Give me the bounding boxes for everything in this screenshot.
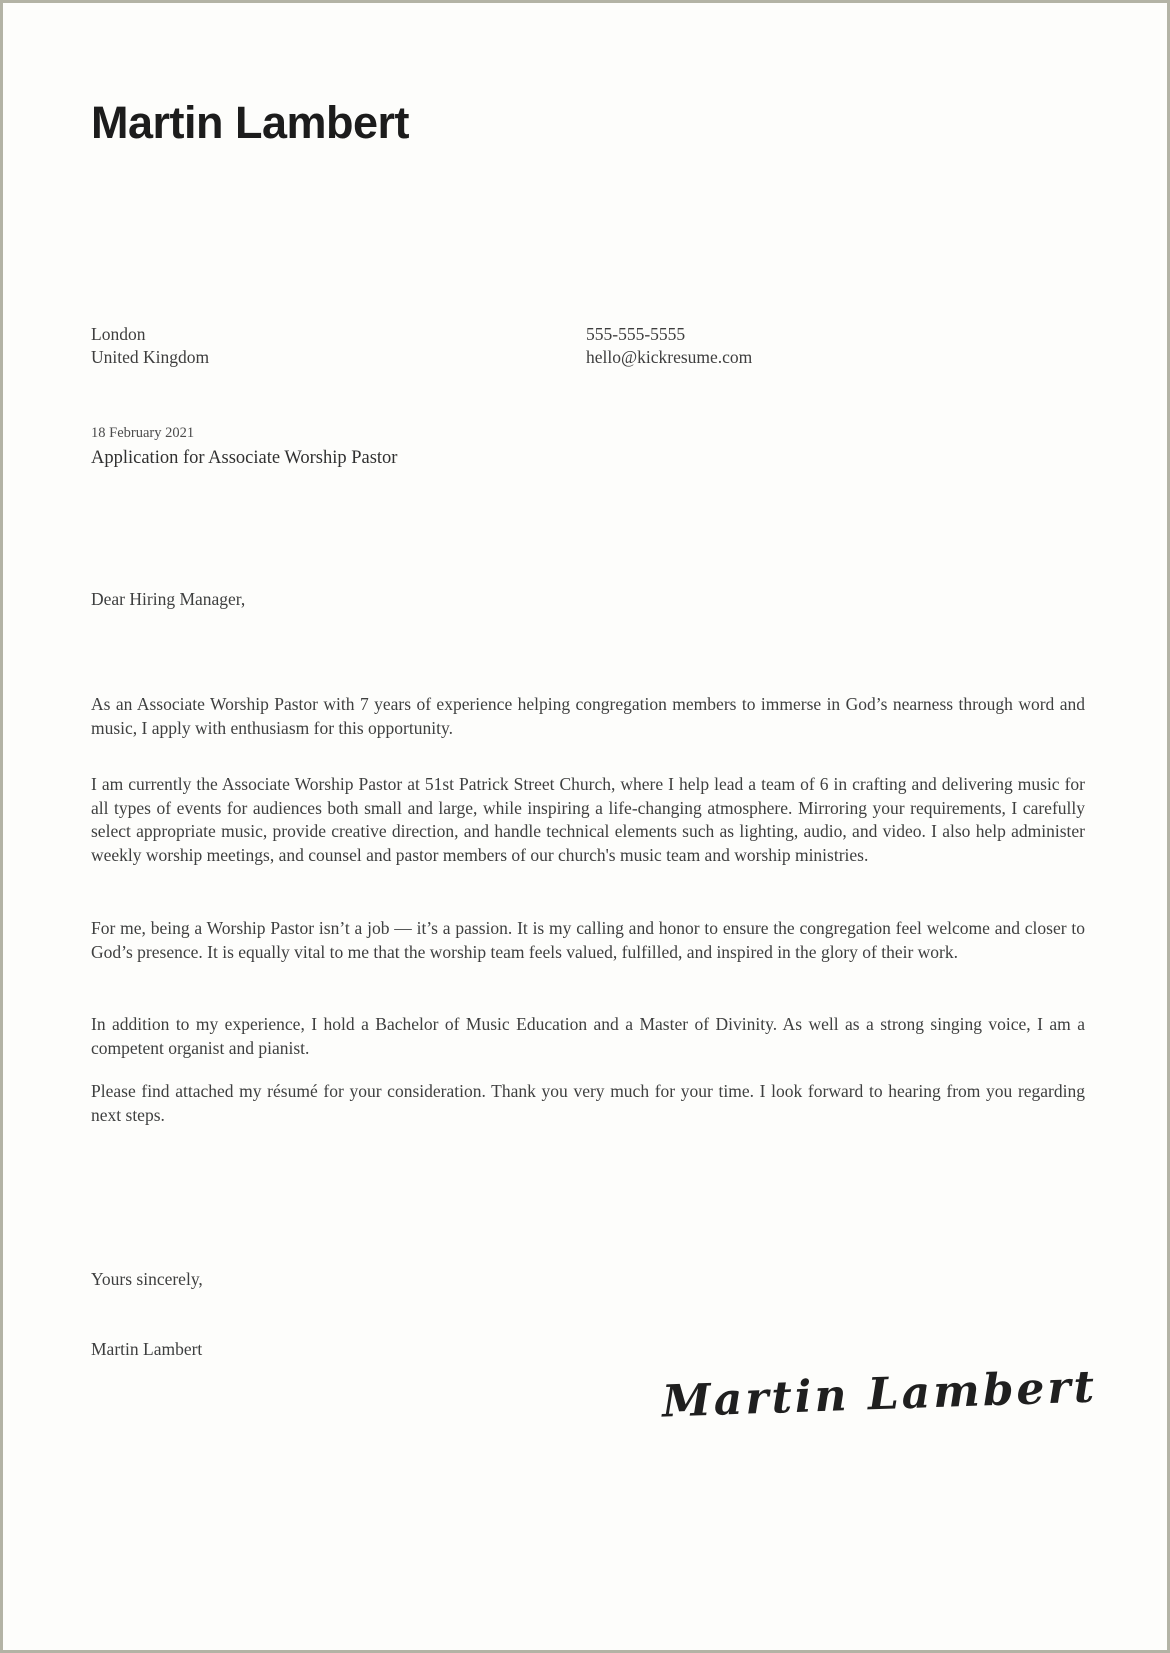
date-subject-block: 18 February 2021 Application for Associa… xyxy=(91,423,1079,471)
letter-date: 18 February 2021 xyxy=(91,423,1079,443)
contact-phone: 555-555-5555 xyxy=(586,323,752,346)
salutation: Dear Hiring Manager, xyxy=(91,587,245,611)
letter-subject: Application for Associate Worship Pastor xyxy=(91,446,1079,471)
body-paragraph-4: In addition to my experience, I hold a B… xyxy=(91,1013,1085,1060)
body-paragraph-5: Please find attached my résumé for your … xyxy=(91,1080,1085,1127)
contact-city: London xyxy=(91,323,586,346)
body-paragraph-2: I am currently the Associate Worship Pas… xyxy=(91,773,1085,868)
body-paragraph-1: As an Associate Worship Pastor with 7 ye… xyxy=(91,693,1085,740)
handwritten-signature: Martin Lambert xyxy=(661,1361,1098,1427)
contact-country: United Kingdom xyxy=(91,346,586,369)
applicant-name: Martin Lambert xyxy=(91,97,409,149)
signed-name: Martin Lambert xyxy=(91,1337,202,1361)
contact-email: hello@kickresume.com xyxy=(586,346,752,369)
contact-block: London United Kingdom 555-555-5555 hello… xyxy=(91,323,1079,369)
cover-letter-page: Martin Lambert London United Kingdom 555… xyxy=(0,0,1170,1653)
contact-details-column: 555-555-5555 hello@kickresume.com xyxy=(586,323,752,369)
body-paragraph-3: For me, being a Worship Pastor isn’t a j… xyxy=(91,917,1085,964)
closing-phrase: Yours sincerely, xyxy=(91,1267,203,1291)
contact-address-column: London United Kingdom xyxy=(91,323,586,369)
